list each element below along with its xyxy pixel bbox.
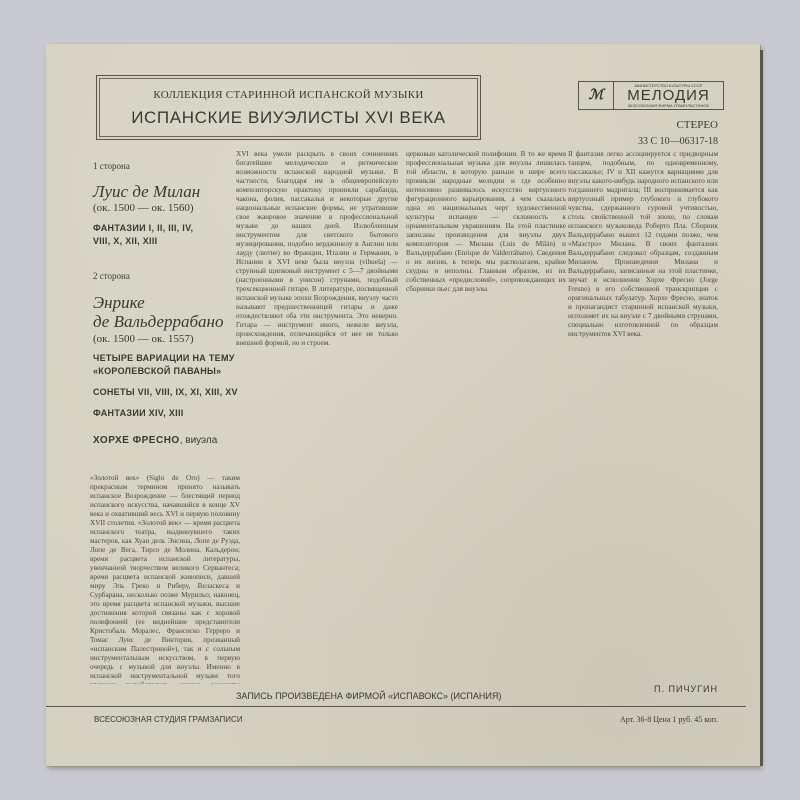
album-title: ИСПАНСКИЕ ВИУЭЛИСТЫ XVI ВЕКА: [97, 108, 480, 128]
performer-instrument: , виуэла: [180, 435, 218, 446]
series-title: КОЛЛЕКЦИЯ СТАРИННОЙ ИСПАНСКОЙ МУЗЫКИ: [97, 89, 480, 101]
performer: ХОРХЕ ФРЕСНО, виуэла: [93, 435, 217, 446]
performer-name: ХОРХЕ ФРЕСНО: [93, 435, 180, 446]
side2-work: ЧЕТЫРЕ ВАРИАЦИИ НА ТЕМУ: [93, 352, 238, 365]
side2-work: ФАНТАЗИИ XIV, XIII: [93, 407, 238, 420]
title-frame: КОЛЛЕКЦИЯ СТАРИННОЙ ИСПАНСКОЙ МУЗЫКИ ИСП…: [96, 75, 481, 140]
side2-work: «КОРОЛЕВСКОЙ ПАВАНЫ»: [93, 365, 238, 378]
side1-label: 1 сторона: [93, 161, 130, 171]
side2-dates: (ок. 1500 — ок. 1557): [93, 333, 194, 345]
liner-notes-col2: XVI века умели раскрыть в своих сочинени…: [236, 150, 398, 690]
side1-work: ФАНТАЗИИ I, II, III, IV,: [93, 222, 193, 235]
liner-notes-col1: «Золотой век» (Siglo de Oro) — таким пре…: [90, 474, 240, 684]
side2-composer-line: Энрике: [93, 293, 223, 312]
side1-composer: Луис де Милан: [93, 182, 200, 201]
sleeve-edge: [760, 50, 763, 766]
side2-label: 2 сторона: [93, 271, 130, 281]
record-sleeve-back: КОЛЛЕКЦИЯ СТАРИННОЙ ИСПАНСКОЙ МУЗЫКИ ИСП…: [46, 44, 760, 766]
recording-credit: ЗАПИСЬ ПРОИЗВЕДЕНА ФИРМОЙ «ИСПАВОКС» (ИС…: [236, 691, 501, 701]
melodiya-logo: ℳ МИНИСТЕРСТВО КУЛЬТУРЫ СССР МЕЛОДИЯ ВСЕ…: [578, 81, 724, 110]
side2-work: СОНЕТЫ VII, VIII, IX, XI, XIII, XV: [93, 386, 238, 399]
melodiya-emblem-icon: ℳ: [579, 87, 613, 104]
studio-name: ВСЕСОЮЗНАЯ СТУДИЯ ГРАМЗАПИСИ: [94, 715, 243, 724]
side1-dates: (ок. 1500 — ок. 1560): [93, 202, 194, 214]
format-label: СТЕРЕО: [676, 119, 718, 131]
liner-notes-col4: II фантазия легко ассоциируется с придво…: [568, 150, 718, 678]
divider-rule: [46, 706, 746, 707]
label-name: МЕЛОДИЯ: [627, 88, 709, 103]
side2-composer: Энрике де Вальдеррабано: [93, 293, 223, 331]
side1-works: ФАНТАЗИИ I, II, III, IV, VIII, X, XII, X…: [93, 222, 193, 248]
price-info: Арт. 36-8 Цена 1 руб. 45 коп.: [620, 715, 718, 724]
notes-author: П. ПИЧУГИН: [654, 684, 718, 694]
liner-notes-col3: церковью католической полифонии. В то же…: [406, 150, 566, 690]
side2-composer-line: де Вальдеррабано: [93, 312, 223, 331]
side1-work: VIII, X, XII, XIII: [93, 235, 193, 248]
side2-works: ЧЕТЫРЕ ВАРИАЦИИ НА ТЕМУ «КОРОЛЕВСКОЙ ПАВ…: [93, 352, 238, 420]
catalog-number: 33 С 10—06317-18: [638, 136, 718, 147]
label-company: ВСЕСОЮЗНАЯ ФИРМА ГРАМПЛАСТИНОК: [628, 103, 709, 108]
